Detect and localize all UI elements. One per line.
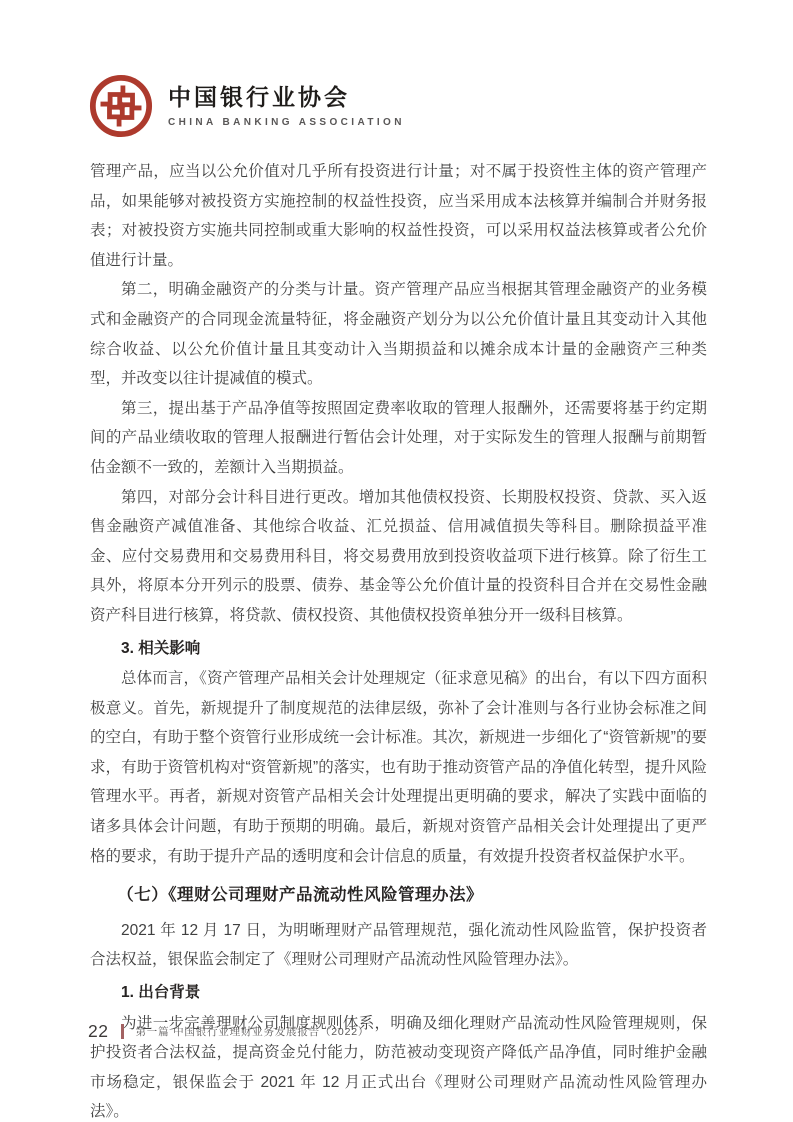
paragraph: 第二，明确金融资产的分类与计量。资产管理产品应当根据其管理金融资产的业务模式和金…: [90, 275, 707, 393]
paragraph: 管理产品，应当以公允价值对几乎所有投资进行计量；对不属于投资性主体的资产管理产品…: [90, 157, 707, 275]
footer-report-title: 第一篇 中国银行业理财业务发展报告（2022）: [135, 1024, 369, 1039]
document-body: 管理产品，应当以公允价值对几乎所有投资进行计量；对不属于投资性主体的资产管理产品…: [90, 157, 707, 1122]
cba-logo-text: 中国银行业协会 CHINA BANKING ASSOCIATION: [168, 84, 405, 127]
cba-name-cn: 中国银行业协会: [168, 84, 405, 110]
page-footer: 22 第一篇 中国银行业理财业务发展报告（2022）: [88, 1021, 369, 1042]
paragraph: 第四，对部分会计科目进行更改。增加其他债权投资、长期股权投资、贷款、买入返售金融…: [90, 483, 707, 631]
paragraph: 第三，提出基于产品净值等按照固定费率收取的管理人报酬外，还需要将基于约定期间的产…: [90, 394, 707, 483]
section-heading: （七）《理财公司理财产品流动性风险管理办法》: [90, 881, 707, 911]
document-page: 中国银行业协会 CHINA BANKING ASSOCIATION 管理产品，应…: [0, 0, 793, 1122]
page-number: 22: [88, 1021, 108, 1042]
cba-name-en: CHINA BANKING ASSOCIATION: [168, 117, 405, 128]
paragraph: 2021 年 12 月 17 日，为明晰理财产品管理规范，强化流动性风险监管，保…: [90, 916, 707, 975]
footer-divider: [121, 1024, 124, 1039]
cba-logo-icon: [88, 74, 154, 138]
cba-logo: 中国银行业协会 CHINA BANKING ASSOCIATION: [88, 74, 405, 138]
subsection-heading: 3. 相关影响: [90, 634, 707, 664]
paragraph: 总体而言，《资产管理产品相关会计处理规定（征求意见稿》的出台，有以下四方面积极意…: [90, 664, 707, 871]
subsection-heading: 1. 出台背景: [90, 978, 707, 1008]
